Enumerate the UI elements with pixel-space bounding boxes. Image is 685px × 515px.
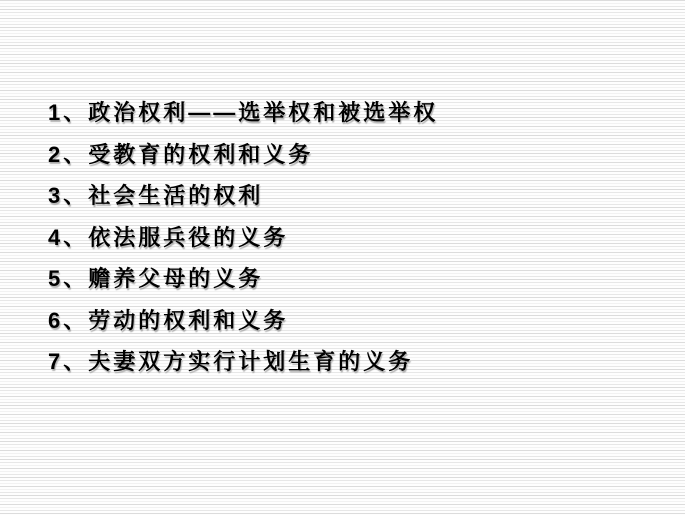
slide-body-text: 1、政治权利——选举权和被选举权 2、受教育的权利和义务 3、社会生活的权利 4… — [48, 92, 665, 383]
list-item-6: 6、劳动的权利和义务 — [48, 300, 665, 342]
presentation-slide: 1、政治权利——选举权和被选举权 2、受教育的权利和义务 3、社会生活的权利 4… — [0, 0, 685, 515]
list-item-7: 7、夫妻双方实行计划生育的义务 — [48, 341, 665, 383]
list-item-4: 4、依法服兵役的义务 — [48, 217, 665, 259]
list-item-5: 5、赡养父母的义务 — [48, 258, 665, 300]
list-item-1: 1、政治权利——选举权和被选举权 — [48, 92, 665, 134]
list-item-3: 3、社会生活的权利 — [48, 175, 665, 217]
list-item-2: 2、受教育的权利和义务 — [48, 134, 665, 176]
